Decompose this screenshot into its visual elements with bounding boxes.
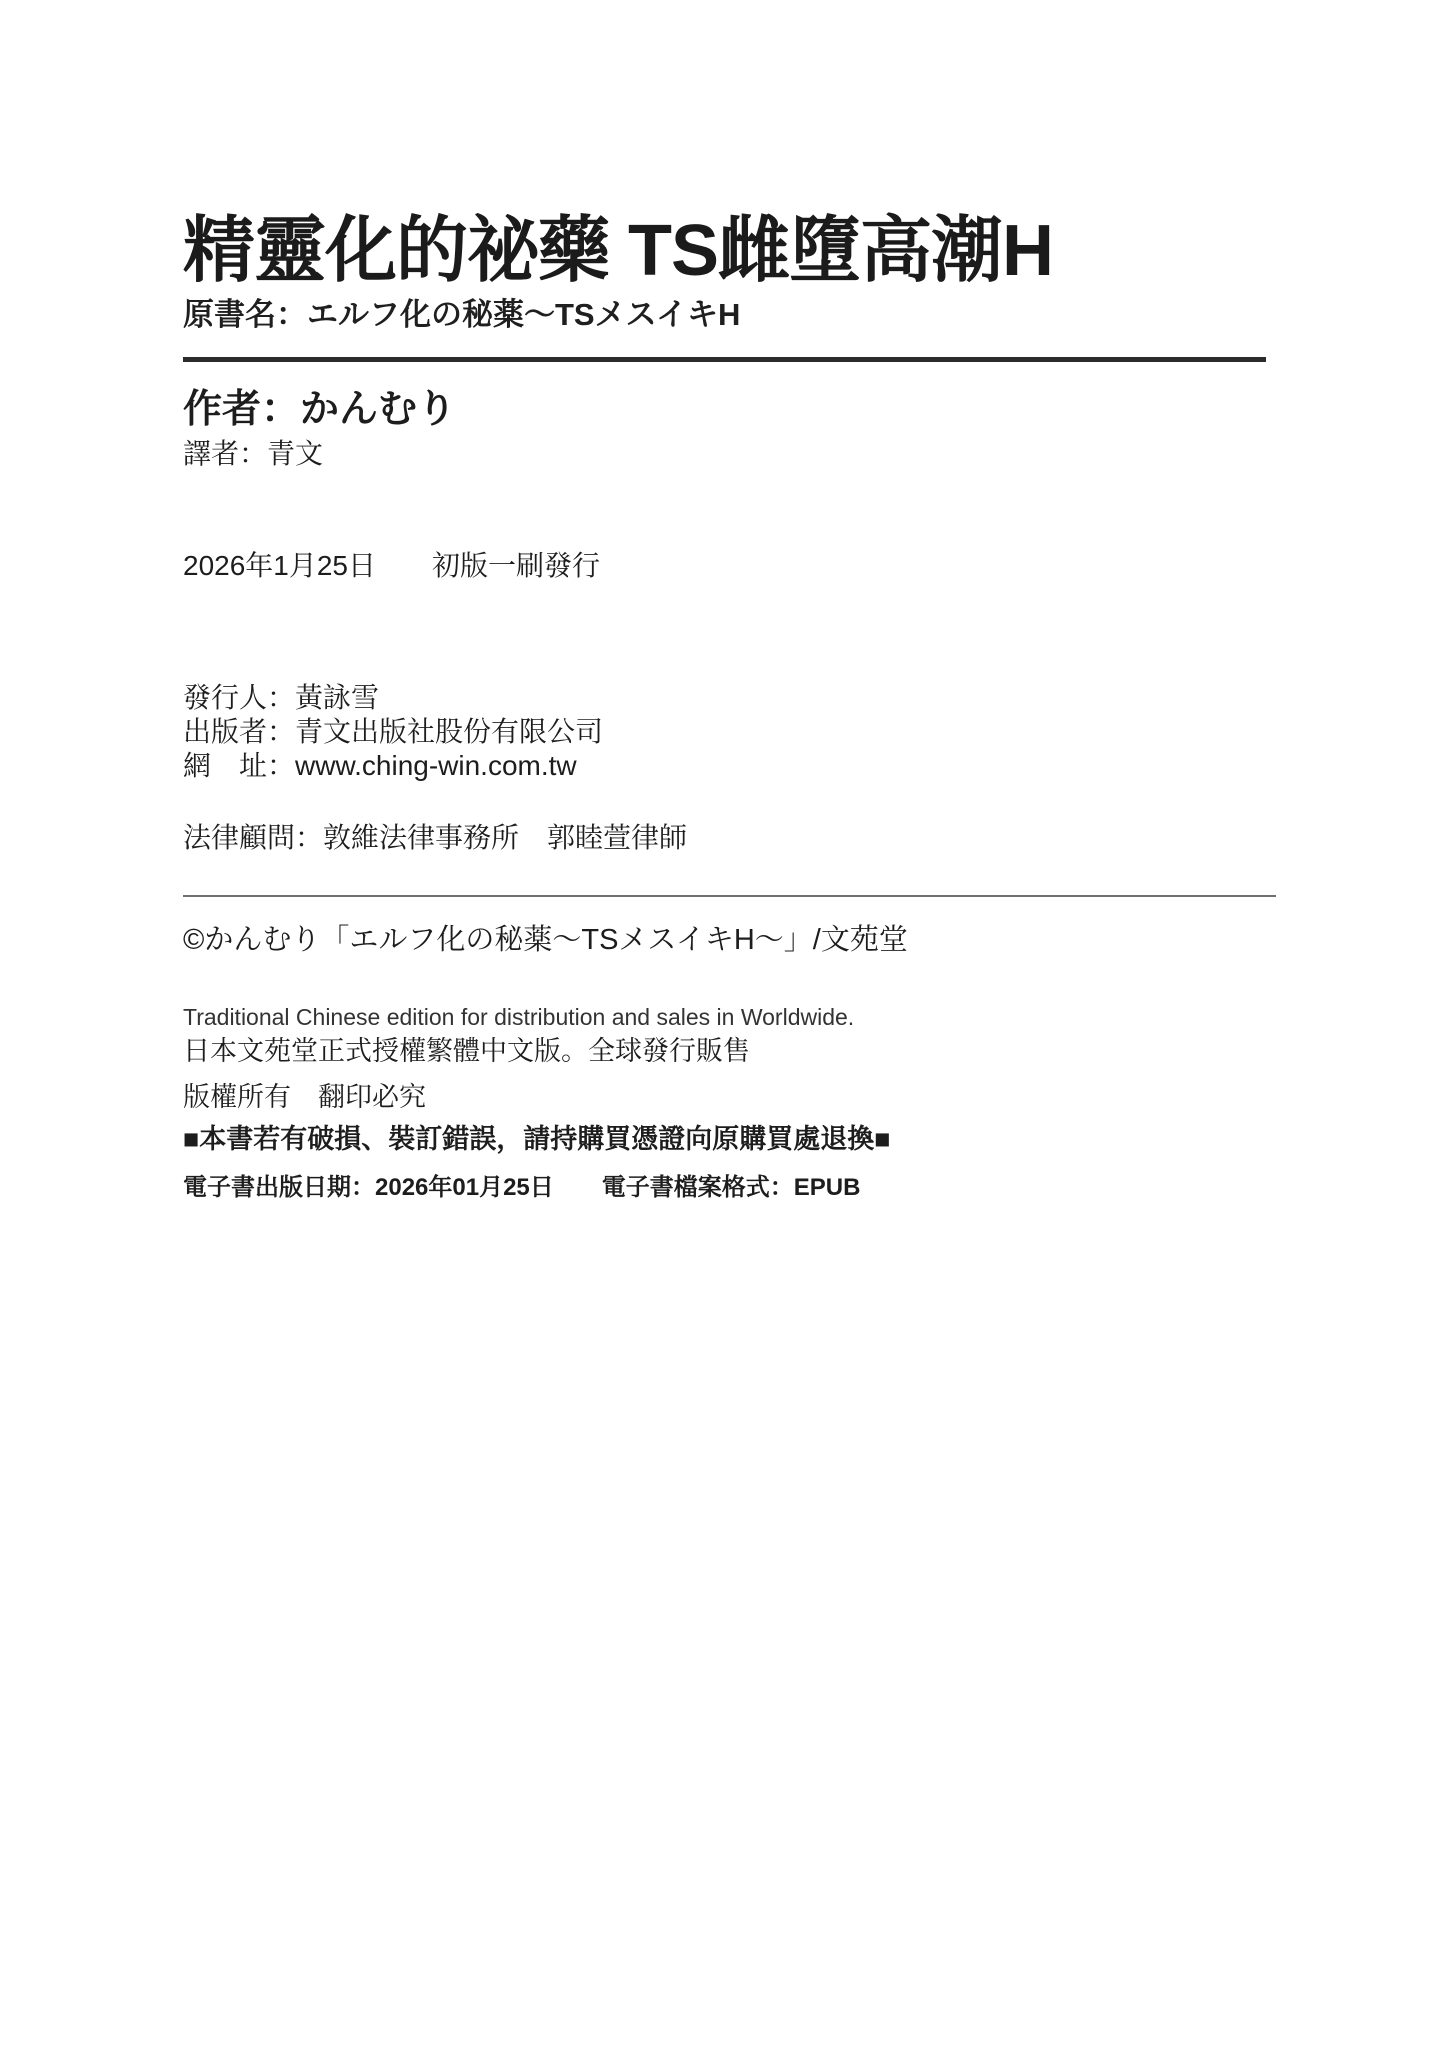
original-title: 原書名：エルフ化の秘薬～TSメスイキH xyxy=(183,297,740,333)
license-chinese-line: 日本文苑堂正式授權繁體中文版。全球發行販售 xyxy=(183,1036,750,1067)
website-line: 網 址：www.ching-win.com.tw xyxy=(183,750,577,782)
license-english-line: Traditional Chinese edition for distribu… xyxy=(183,1004,854,1030)
publisher-line: 出版者：青文出版社股份有限公司 xyxy=(183,716,603,748)
damage-notice-line: ■本書若有破損、裝訂錯誤，請持購買憑證向原購買處退換■ xyxy=(183,1124,891,1155)
rights-reserved-line: 版權所有 翻印必究 xyxy=(183,1082,426,1113)
colophon-page: 精靈化的祕藥 TS雌墮高潮H 原書名：エルフ化の秘薬～TSメスイキH 作者：かん… xyxy=(0,0,1443,2048)
author-line: 作者：かんむり xyxy=(183,388,456,433)
divider-thin xyxy=(183,895,1276,897)
edition-date-line: 2026年1月25日 初版一刷發行 xyxy=(183,550,600,582)
divider-thick xyxy=(183,357,1266,362)
book-title: 精靈化的祕藥 TS雌墮高潮H xyxy=(183,210,1053,293)
copyright-line: ©かんむり「エルフ化の秘薬～TSメスイキH～」/文苑堂 xyxy=(183,924,908,957)
ebook-info-line: 電子書出版日期：2026年01月25日 電子書檔案格式：EPUB xyxy=(183,1174,860,1202)
translator-line: 譯者：青文 xyxy=(183,438,323,470)
issuer-line: 發行人：黃詠雪 xyxy=(183,682,379,714)
legal-advisor-line: 法律顧問：敦維法律事務所 郭睦萱律師 xyxy=(183,822,687,854)
